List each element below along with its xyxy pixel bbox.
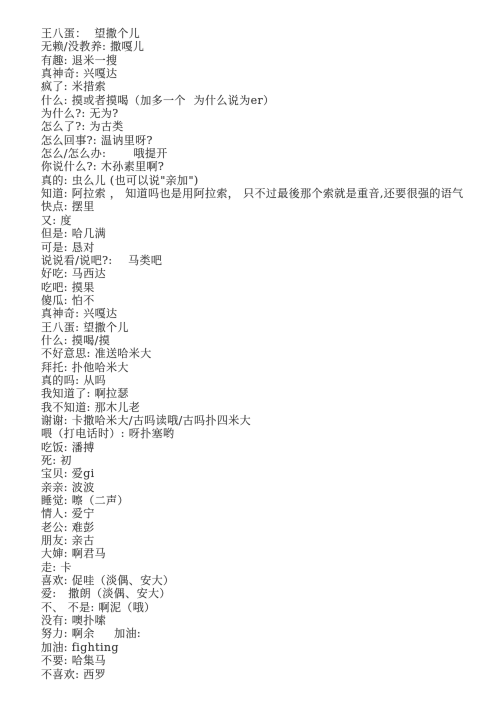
phrase-line: 真的吗: 从吗 xyxy=(41,374,482,387)
phrase-line: 无赖/没教养: 撒嘎儿 xyxy=(41,40,482,53)
phrase-line: 情人: 爱宁 xyxy=(41,507,482,520)
phrase-line: 大婶: 啊君马 xyxy=(41,547,482,560)
phrase-line: 吃饭: 潘搏 xyxy=(41,441,482,454)
phrase-line: 朋友: 亲古 xyxy=(41,534,482,547)
phrase-line: 不、 不是: 啊泥（哦） xyxy=(41,601,482,614)
phrase-line: 什么: 摸或者摸喝（加多一个 为什么说为er） xyxy=(41,94,482,107)
phrase-line: 又: 度 xyxy=(41,214,482,227)
phrase-line: 什么: 摸喝/摸 xyxy=(41,334,482,347)
phrase-line: 王八蛋: 望撒个儿 xyxy=(41,321,482,334)
phrase-line: 我知道了: 啊拉瑟 xyxy=(41,387,482,400)
phrase-line: 睡觉: 嚓（二声） xyxy=(41,494,482,507)
phrase-line: 好吃: 马西达 xyxy=(41,267,482,280)
phrase-line: 不喜欢: 西罗 xyxy=(41,668,482,681)
phrase-line: 不好意思: 准送哈米大 xyxy=(41,347,482,360)
phrase-line: 没有: 噢扑嗦 xyxy=(41,614,482,627)
phrase-line: 谢谢: 卡撒哈米大/古吗读哦/古吗扑四米大 xyxy=(41,414,482,427)
phrase-line: 有趣: 退米一搜 xyxy=(41,54,482,67)
phrase-line: 怎么回事?: 温讷里呀? xyxy=(41,134,482,147)
phrase-line: 努力: 啊余 加油: xyxy=(41,627,482,640)
phrase-line: 真神奇: 兴嘎达 xyxy=(41,67,482,80)
phrase-line: 真神奇: 兴嘎达 xyxy=(41,307,482,320)
phrase-line: 你说什么?: 木孙素里啊? xyxy=(41,160,482,173)
phrase-line: 拜托: 扑他哈米大 xyxy=(41,361,482,374)
phrase-line: 喂（打电话时）: 呀扑塞哟 xyxy=(41,427,482,440)
phrase-line: 吃吧: 摸果 xyxy=(41,281,482,294)
phrase-line: 不要: 哈集马 xyxy=(41,654,482,667)
phrase-line: 亲亲: 波波 xyxy=(41,481,482,494)
phrase-line: 知道: 阿拉索 ， 知道吗也是用阿拉索， 只不过最後那个索就是重音,还要很强的语… xyxy=(41,187,482,200)
phrase-line: 怎么了?: 为古类 xyxy=(41,120,482,133)
phrase-line: 喜欢: 促哇（淡偶、安大） xyxy=(41,574,482,587)
phrase-line: 王八蛋： 望撒个儿 xyxy=(41,27,482,40)
phrase-line: 疯了: 米措索 xyxy=(41,80,482,93)
phrase-line: 傻瓜: 怕不 xyxy=(41,294,482,307)
phrase-line: 真的: 虫么儿 (也可以说"亲加") xyxy=(41,174,482,187)
phrase-line: 但是: 哈几满 xyxy=(41,227,482,240)
phrase-line: 为什么?: 无为? xyxy=(41,107,482,120)
phrase-line: 我不知道: 那木儿老 xyxy=(41,401,482,414)
phrase-line: 快点: 摆里 xyxy=(41,200,482,213)
phrase-line: 说说看/说吧?: 马类吧 xyxy=(41,254,482,267)
phrase-line: 加油: fighting xyxy=(41,641,482,654)
phrase-line: 爱: 撒朗（淡偶、安大） xyxy=(41,587,482,600)
document-page: 王八蛋： 望撒个儿 无赖/没教养: 撒嘎儿 有趣: 退米一搜 真神奇: 兴嘎达 … xyxy=(0,0,500,708)
phrase-line: 死: 初 xyxy=(41,454,482,467)
phrase-line: 宝贝: 爱gi xyxy=(41,467,482,480)
phrase-line: 怎么/怎么办: 哦提开 xyxy=(41,147,482,160)
phrase-line: 可是: 恳对 xyxy=(41,241,482,254)
phrase-line: 老公: 难彭 xyxy=(41,521,482,534)
phrase-line: 走: 卡 xyxy=(41,561,482,574)
